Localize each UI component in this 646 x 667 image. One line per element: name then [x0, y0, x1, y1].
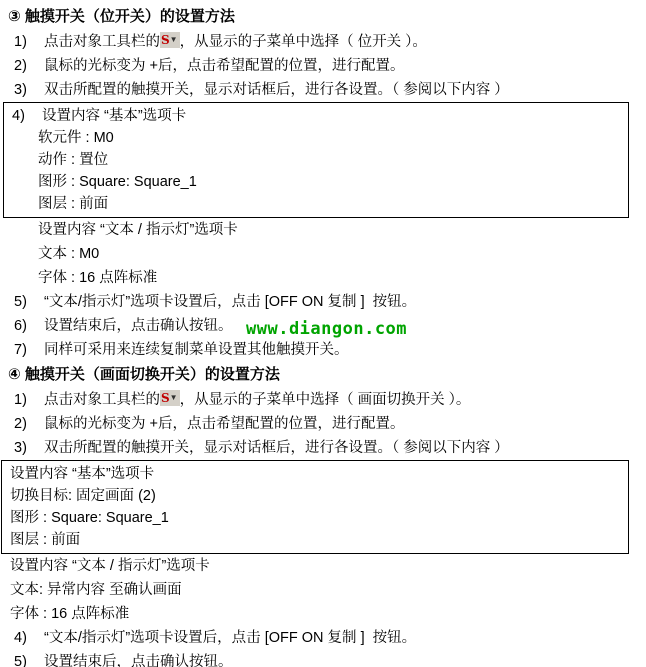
object-toolbar-switch-icon: S▼: [160, 32, 180, 48]
settings-box: 4)设置内容 “基本”选项卡软元件 : M0动作 : 置位图形 : Square…: [3, 102, 629, 218]
box-line: 切换目标: 固定画面 (2): [2, 485, 628, 507]
step-text: ，从显示的子菜单中选择（ 位开关 ）。: [180, 34, 427, 50]
step-text: 鼠标的光标变为 +后，点击希望配置的位置，进行配置。: [44, 416, 405, 432]
step-number: 5): [14, 650, 44, 667]
dropdown-arrow-icon: ▼: [170, 35, 178, 44]
step-text: “文本/指示灯”选项卡设置后，点击 [OFF ON 复制 ] 按钮。: [44, 630, 416, 646]
box-line: 图形 : Square: Square_1: [2, 507, 628, 529]
step-line: 5)设置结束后，点击确认按钮。: [8, 650, 638, 667]
box-line: 图层 : 前面: [2, 529, 628, 551]
step-text: ，从显示的子菜单中选择（ 画面切换开关 ）。: [180, 392, 471, 408]
box-line-text: 设置内容 “基本”选项卡: [42, 108, 186, 124]
step-text: 设置结束后，点击确认按钮。: [44, 654, 233, 667]
step-text: 双击所配置的触摸开关，显示对话框后，进行各设置。（ 参阅以下内容 ）: [44, 440, 509, 456]
box-line: 动作 : 置位: [4, 149, 628, 171]
object-toolbar-switch-icon: S▼: [160, 390, 180, 406]
step-line: 1)点击对象工具栏的S▼，从显示的子菜单中选择（ 位开关 ）。: [8, 30, 638, 54]
step-number: 1): [14, 30, 44, 54]
setting-line: 设置内容 “文本 / 指示灯”选项卡: [8, 554, 638, 578]
section-heading: ③ 触摸开关（位开关）的设置方法: [8, 4, 638, 30]
step-text: 双击所配置的触摸开关，显示对话框后，进行各设置。（ 参阅以下内容 ）: [44, 82, 509, 98]
step-text: 鼠标的光标变为 +后，点击希望配置的位置，进行配置。: [44, 58, 405, 74]
box-line: 设置内容 “基本”选项卡: [2, 463, 628, 485]
step-line: 4)“文本/指示灯”选项卡设置后，点击 [OFF ON 复制 ] 按钮。: [8, 626, 638, 650]
step-number: 5): [14, 290, 44, 314]
dropdown-arrow-icon: ▼: [170, 393, 178, 402]
step-line: 6)设置结束后，点击确认按钮。: [8, 314, 638, 338]
step-number: 2): [14, 54, 44, 78]
box-line: 4)设置内容 “基本”选项卡: [4, 105, 628, 127]
box-line: 软元件 : M0: [4, 127, 628, 149]
setting-line: 文本: 异常内容 至确认画面: [8, 578, 638, 602]
setting-line: 文本 : M0: [8, 242, 638, 266]
step-line: 2)鼠标的光标变为 +后，点击希望配置的位置，进行配置。: [8, 54, 638, 78]
box-line: 图层 : 前面: [4, 193, 628, 215]
step-line: 1)点击对象工具栏的S▼，从显示的子菜单中选择（ 画面切换开关 ）。: [8, 388, 638, 412]
step-text: 点击对象工具栏的: [44, 34, 160, 50]
step-text: “文本/指示灯”选项卡设置后，点击 [OFF ON 复制 ] 按钮。: [44, 294, 416, 310]
step-line: 3)双击所配置的触摸开关，显示对话框后，进行各设置。（ 参阅以下内容 ）: [8, 78, 638, 102]
step-number: 3): [14, 436, 44, 460]
section-heading: ④ 触摸开关（画面切换开关）的设置方法: [8, 362, 638, 388]
step-line: 5)“文本/指示灯”选项卡设置后，点击 [OFF ON 复制 ] 按钮。: [8, 290, 638, 314]
step-line: 2)鼠标的光标变为 +后，点击希望配置的位置，进行配置。: [8, 412, 638, 436]
document: www.diangon.com ③ 触摸开关（位开关）的设置方法1)点击对象工具…: [0, 0, 646, 667]
switch-letter: S: [161, 33, 170, 47]
step-text: 点击对象工具栏的: [44, 392, 160, 408]
step-text: 设置结束后，点击确认按钮。: [44, 318, 233, 334]
switch-letter: S: [161, 391, 170, 405]
step-number: 1): [14, 388, 44, 412]
setting-line: 字体 : 16 点阵标准: [8, 266, 638, 290]
step-number: 6): [14, 314, 44, 338]
step-line: 7)同样可采用来连续复制菜单设置其他触摸开关。: [8, 338, 638, 362]
setting-line: 设置内容 “文本 / 指示灯”选项卡: [8, 218, 638, 242]
box-line: 图形 : Square: Square_1: [4, 171, 628, 193]
step-number: 4): [14, 626, 44, 650]
settings-box: 设置内容 “基本”选项卡切换目标: 固定画面 (2)图形 : Square: S…: [1, 460, 629, 554]
step-number: 7): [14, 338, 44, 362]
step-text: 同样可采用来连续复制菜单设置其他触摸开关。: [44, 342, 349, 358]
step-number: 4): [12, 105, 42, 127]
step-number: 2): [14, 412, 44, 436]
setting-line: 字体 : 16 点阵标准: [8, 602, 638, 626]
step-number: 3): [14, 78, 44, 102]
step-line: 3)双击所配置的触摸开关，显示对话框后，进行各设置。（ 参阅以下内容 ）: [8, 436, 638, 460]
